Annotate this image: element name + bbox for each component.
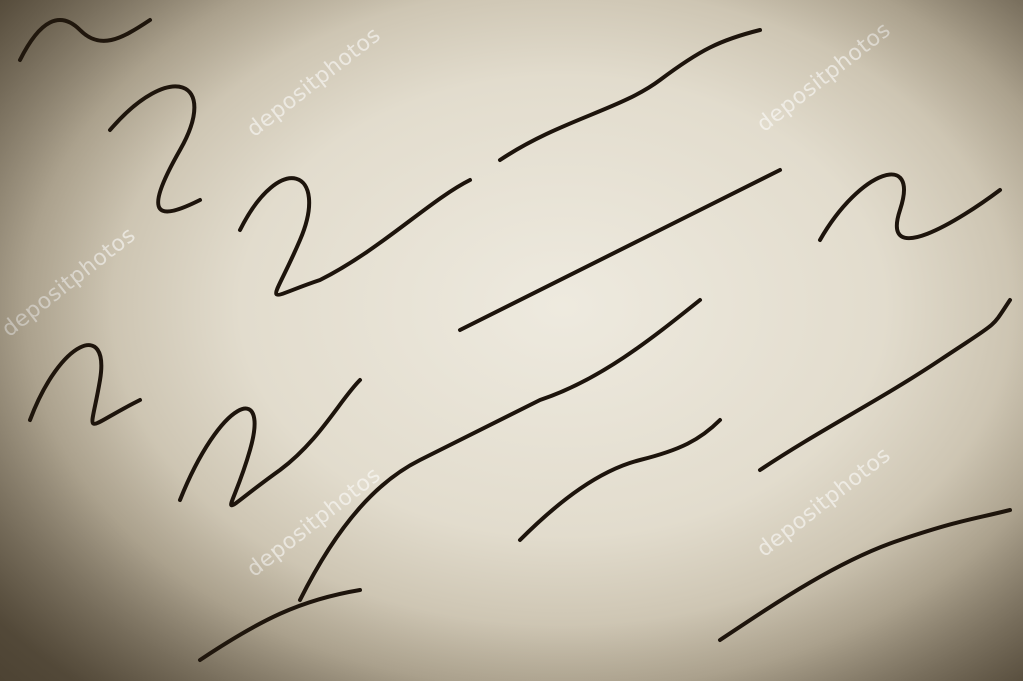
handwriting-photo: depositphotos depositphotos depositphoto…	[0, 0, 1023, 681]
handwritten-script	[0, 0, 1023, 681]
